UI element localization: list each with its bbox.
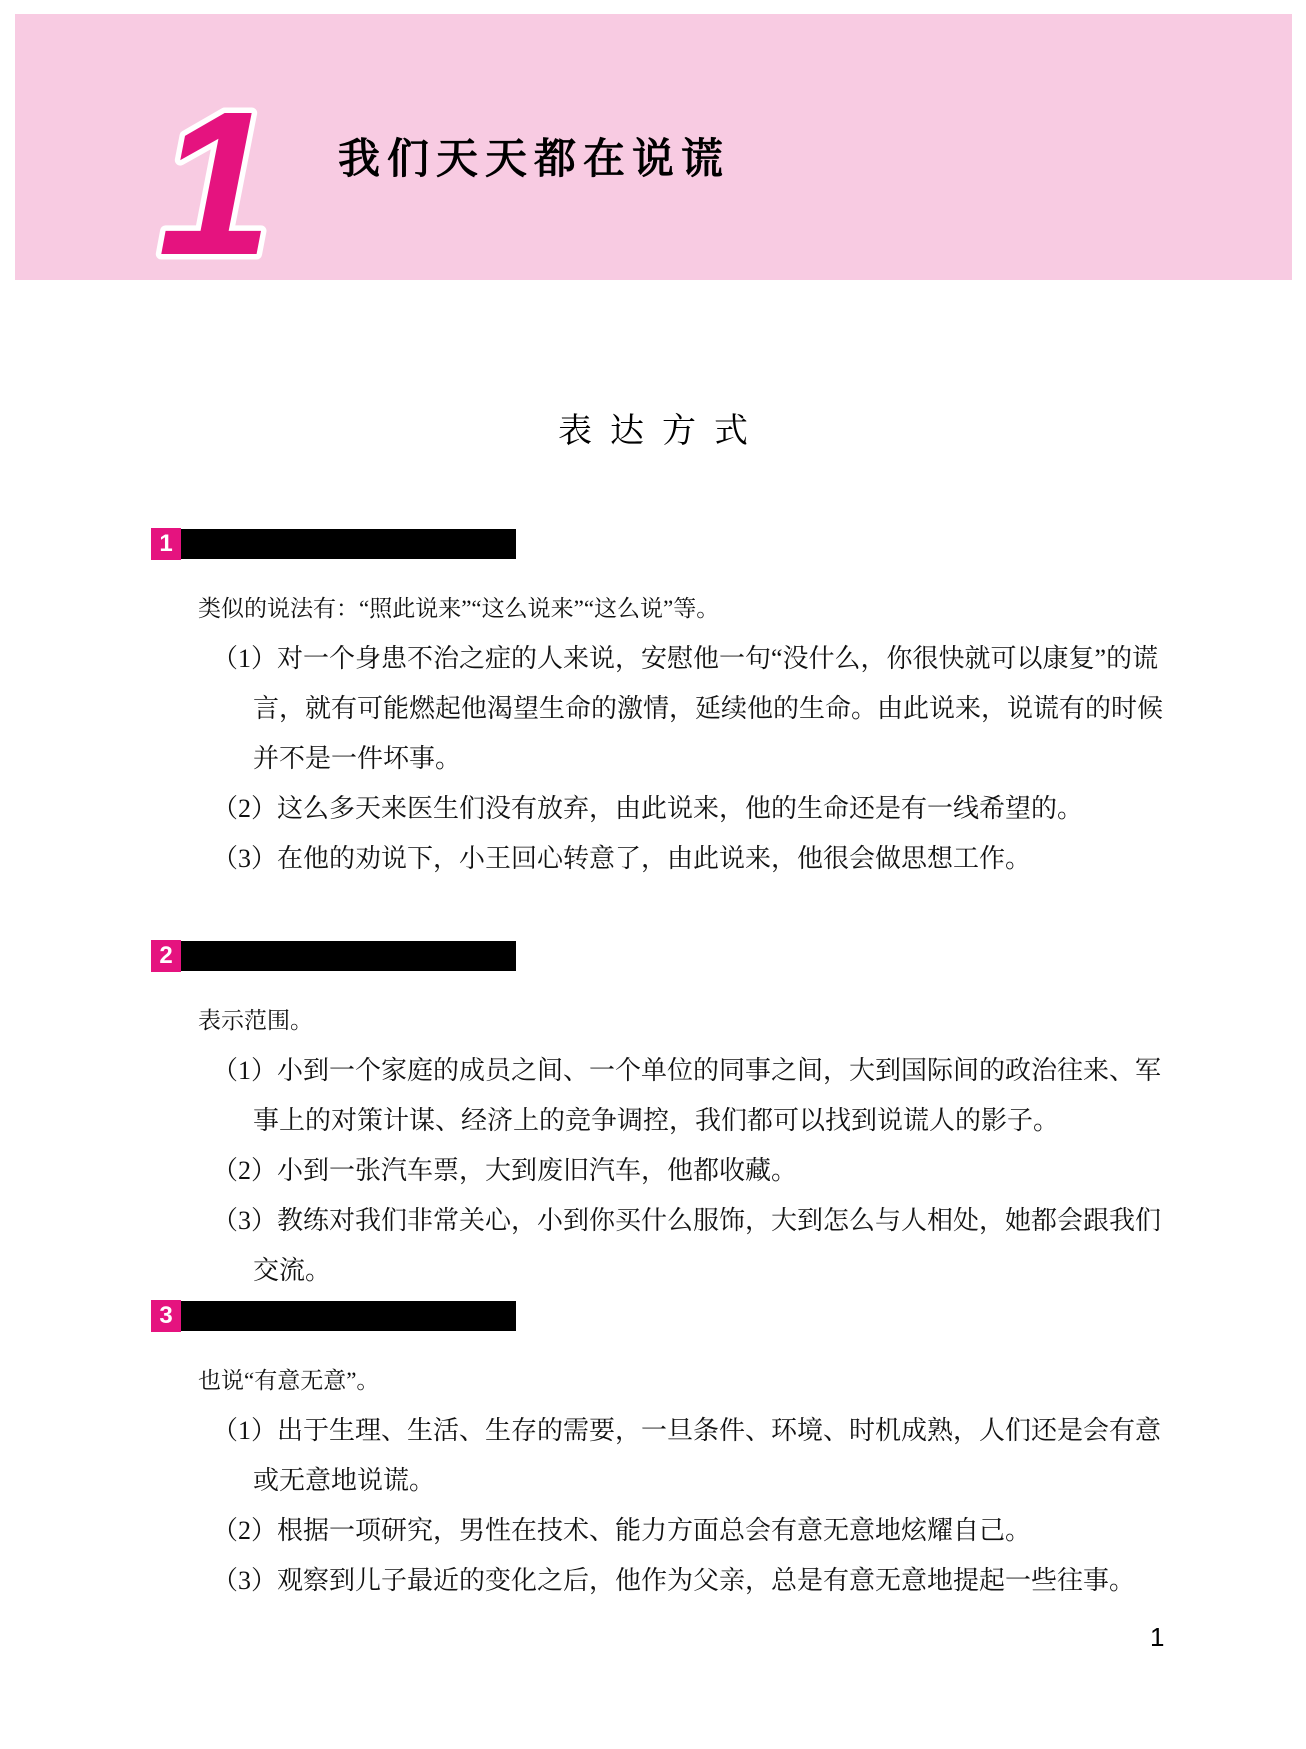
- example-label: （1）: [212, 644, 277, 673]
- redacted-title-bar: [181, 529, 516, 559]
- example-text: 小到一个家庭的成员之间、一个单位的同事之间，大到国际间的政治往来、军事上的对策计…: [253, 1056, 1161, 1135]
- example-item: （1）出于生理、生活、生存的需要，一旦条件、环境、时机成熟，人们还是会有意或无意…: [198, 1406, 1163, 1506]
- example-label: （2）: [212, 1516, 277, 1545]
- example-text: 教练对我们非常关心，小到你买什么服饰，大到怎么与人相处，她都会跟我们交流。: [253, 1206, 1161, 1285]
- section-intro: 表示范围。: [198, 996, 1163, 1046]
- example-text: 在他的劝说下，小王回心转意了，由此说来，他很会做思想工作。: [277, 844, 1031, 873]
- example-item: （1）对一个身患不治之症的人来说，安慰他一句“没什么，你很快就可以康复”的谎言，…: [198, 634, 1163, 784]
- section-intro: 也说“有意无意”。: [198, 1356, 1163, 1406]
- example-text: 这么多天来医生们没有放弃，由此说来，他的生命还是有一线希望的。: [277, 794, 1083, 823]
- example-item: （2）小到一张汽车票，大到废旧汽车，他都收藏。: [198, 1146, 1163, 1196]
- example-item: （1）小到一个家庭的成员之间、一个单位的同事之间，大到国际间的政治往来、军事上的…: [198, 1046, 1163, 1146]
- page-number: 1: [1150, 1622, 1164, 1653]
- example-label: （3）: [212, 1566, 277, 1595]
- example-label: （3）: [212, 1206, 277, 1235]
- section-number-badge: 1: [151, 528, 181, 560]
- example-item: （3）教练对我们非常关心，小到你买什么服饰，大到怎么与人相处，她都会跟我们交流。: [198, 1196, 1163, 1296]
- example-label: （2）: [212, 794, 277, 823]
- chapter-number: 1: [158, 69, 272, 298]
- example-item: （3）在他的劝说下，小王回心转意了，由此说来，他很会做思想工作。: [198, 834, 1163, 884]
- section-2-header: 2: [151, 940, 516, 972]
- page-heading: 表达方式: [0, 412, 1306, 453]
- section-3-header: 3: [151, 1300, 516, 1332]
- example-label: （2）: [212, 1156, 277, 1185]
- section-number-badge: 2: [151, 940, 181, 972]
- section-number-badge: 3: [151, 1300, 181, 1332]
- section-intro: 类似的说法有：“照此说来”“这么说来”“这么说”等。: [198, 584, 1163, 634]
- example-label: （1）: [212, 1416, 277, 1445]
- example-item: （2）根据一项研究，男性在技术、能力方面总会有意无意地炫耀自己。: [198, 1506, 1163, 1556]
- section-2-content: 表示范围。 （1）小到一个家庭的成员之间、一个单位的同事之间，大到国际间的政治往…: [198, 996, 1163, 1296]
- section-1-content: 类似的说法有：“照此说来”“这么说来”“这么说”等。 （1）对一个身患不治之症的…: [198, 584, 1163, 884]
- section-1-header: 1: [151, 528, 516, 560]
- chapter-header-band: 1 我们天天都在说谎: [15, 14, 1292, 280]
- redacted-title-bar: [181, 941, 516, 971]
- example-label: （3）: [212, 844, 277, 873]
- chapter-number-numeral: 1: [127, 86, 297, 276]
- example-item: （2）这么多天来医生们没有放弃，由此说来，他的生命还是有一线希望的。: [198, 784, 1163, 834]
- redacted-title-bar: [181, 1301, 516, 1331]
- example-text: 对一个身患不治之症的人来说，安慰他一句“没什么，你很快就可以康复”的谎言，就有可…: [253, 644, 1163, 773]
- example-label: （1）: [212, 1056, 277, 1085]
- example-item: （3）观察到儿子最近的变化之后，他作为父亲，总是有意无意地提起一些往事。: [198, 1556, 1163, 1606]
- section-3-content: 也说“有意无意”。 （1）出于生理、生活、生存的需要，一旦条件、环境、时机成熟，…: [198, 1356, 1163, 1606]
- example-text: 根据一项研究，男性在技术、能力方面总会有意无意地炫耀自己。: [277, 1516, 1031, 1545]
- book-page: 1 我们天天都在说谎 表达方式 1 类似的说法有：“照此说来”“这么说来”“这么…: [0, 0, 1306, 1749]
- example-text: 出于生理、生活、生存的需要，一旦条件、环境、时机成熟，人们还是会有意或无意地说谎…: [253, 1416, 1161, 1495]
- example-text: 小到一张汽车票，大到废旧汽车，他都收藏。: [277, 1156, 797, 1185]
- chapter-title: 我们天天都在说谎: [338, 136, 730, 182]
- example-text: 观察到儿子最近的变化之后，他作为父亲，总是有意无意地提起一些往事。: [277, 1566, 1135, 1595]
